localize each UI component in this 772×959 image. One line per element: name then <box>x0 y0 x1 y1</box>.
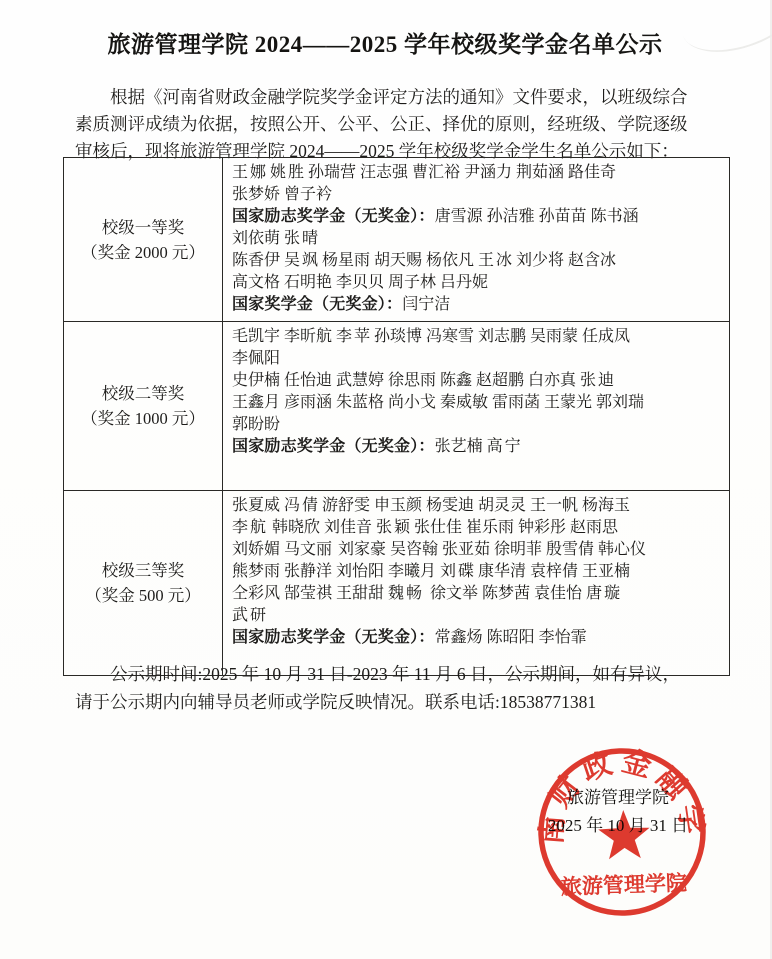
student-names: 王 娜 姚 胜 孙瑞营 汪志强 曹汇裕 尹涵力 荆茹涵 路佳奇 <box>232 164 616 181</box>
student-names: 李佩阳 <box>232 350 280 367</box>
award-prize: （奖金 2000 元） <box>64 240 222 265</box>
seal-star-icon <box>598 809 651 860</box>
award-level-cell: 校级二等奖（奖金 1000 元） <box>64 322 223 491</box>
award-level: 校级三等奖 <box>64 558 222 583</box>
name-list-line: 史伊楠 任怡迪 武慧婷 徐思雨 陈鑫 赵超鹏 白亦真 张 迪 <box>232 370 725 392</box>
student-names: 熊梦雨 张静洋 刘怡阳 李曦月 刘 碟 康华清 袁梓倩 王亚楠 <box>232 563 630 580</box>
student-names: 陈香伊 吴 飒 杨星雨 胡天赐 杨依凡 王 冰 刘少将 赵含冰 <box>232 252 616 269</box>
scholarship-type-label: 国家励志奖学金（无奖金）： <box>232 208 435 225</box>
official-seal: 河南财政金融学院 旅游管理学院 <box>524 734 721 931</box>
student-names: 常鑫炀 陈昭阳 李怡霏 <box>435 629 587 646</box>
notice-line: 公示期时间:2025 年 10 月 31 日-2023 年 11 月 6 日，公… <box>75 660 727 688</box>
award-names-cell: 毛凯宇 李昕航 李 苹 孙琰博 冯寒雪 刘志鹏 吴雨蒙 任成凤李佩阳史伊楠 任怡… <box>223 322 730 491</box>
student-names: 高文格 石明艳 李贝贝 周子林 吕丹妮 <box>232 274 488 291</box>
seal-inner-text: 旅游管理学院 <box>560 871 687 899</box>
name-list-line: 仝彩风 郜莹祺 王甜甜 魏 畅 徐文举 陈梦茜 袁佳怡 唐 璇 <box>232 583 725 605</box>
student-names: 武 研 <box>232 607 266 624</box>
award-row: 校级三等奖（奖金 500 元）张夏威 冯 倩 游舒雯 申玉颜 杨雯迪 胡灵灵 王… <box>64 491 730 676</box>
student-names: 闫宁洁 <box>402 296 450 313</box>
name-list-line: 毛凯宇 李昕航 李 苹 孙琰博 冯寒雪 刘志鹏 吴雨蒙 任成凤 <box>232 326 725 348</box>
name-list-line: 国家励志奖学金（无奖金）：张艺楠 高 宁 <box>232 436 725 458</box>
student-names: 张夏威 冯 倩 游舒雯 申玉颜 杨雯迪 胡灵灵 王一帆 杨海玉 <box>232 497 630 514</box>
student-names: 刘娇媚 马文丽 刘家豪 吴咨翰 张亚茹 徐明菲 殷雪倩 韩心仪 <box>232 541 646 558</box>
student-names: 王鑫月 彦雨涵 朱蓝格 尚小戈 秦威敏 雷雨菡 王蒙光 郭刘瑞 <box>232 394 644 411</box>
name-list-line: 高文格 石明艳 李贝贝 周子林 吕丹妮 <box>232 272 725 294</box>
scholarship-type-label: 国家励志奖学金（无奖金）： <box>232 438 435 455</box>
name-list-line: 张夏威 冯 倩 游舒雯 申玉颜 杨雯迪 胡灵灵 王一帆 杨海玉 <box>232 495 725 517</box>
intro-paragraph: 根据《河南省财政金融学院奖学金评定方法的通知》文件要求，以班级综合 素质测评成绩… <box>75 84 727 165</box>
name-list-line: 国家奖学金（无奖金）：闫宁洁 <box>232 294 725 316</box>
award-level-cell: 校级一等奖（奖金 2000 元） <box>64 158 223 322</box>
name-list-line: 刘娇媚 马文丽 刘家豪 吴咨翰 张亚茹 徐明菲 殷雪倩 韩心仪 <box>232 539 725 561</box>
name-list-line: 武 研 <box>232 605 725 627</box>
name-list-line: 国家励志奖学金（无奖金）：唐雪源 孙洁雅 孙苗苗 陈书涵 <box>232 206 725 228</box>
name-list-line: 国家励志奖学金（无奖金）：常鑫炀 陈昭阳 李怡霏 <box>232 627 725 649</box>
intro-line: 根据《河南省财政金融学院奖学金评定方法的通知》文件要求，以班级综合 <box>75 84 727 111</box>
student-names: 毛凯宇 李昕航 李 苹 孙琰博 冯寒雪 刘志鹏 吴雨蒙 任成凤 <box>232 328 630 345</box>
name-list-line: 陈香伊 吴 飒 杨星雨 胡天赐 杨依凡 王 冰 刘少将 赵含冰 <box>232 250 725 272</box>
student-names: 仝彩风 郜莹祺 王甜甜 魏 畅 徐文举 陈梦茜 袁佳怡 唐 璇 <box>232 585 620 602</box>
scholarship-type-label: 国家奖学金（无奖金）： <box>232 296 402 313</box>
name-list-line: 李佩阳 <box>232 348 725 370</box>
scholarship-type-label: 国家励志奖学金（无奖金）： <box>232 629 435 646</box>
award-row: 校级一等奖（奖金 2000 元）王 娜 姚 胜 孙瑞营 汪志强 曹汇裕 尹涵力 … <box>64 158 730 322</box>
award-row: 校级二等奖（奖金 1000 元）毛凯宇 李昕航 李 苹 孙琰博 冯寒雪 刘志鹏 … <box>64 322 730 491</box>
award-prize: （奖金 500 元） <box>64 583 222 608</box>
name-list-line: 郭盼盼 <box>232 414 725 436</box>
name-list-line: 熊梦雨 张静洋 刘怡阳 李曦月 刘 碟 康华清 袁梓倩 王亚楠 <box>232 561 725 583</box>
document-page: 旅游管理学院 2024——2025 学年校级奖学金名单公示 根据《河南省财政金融… <box>0 0 772 959</box>
student-names: 李 航 韩晓欣 刘佳音 张 颖 张仕佳 崔乐雨 钟彩彤 赵雨思 <box>232 519 618 536</box>
award-level: 校级二等奖 <box>64 381 222 406</box>
award-prize: （奖金 1000 元） <box>64 406 222 431</box>
award-level: 校级一等奖 <box>64 215 222 240</box>
award-level-cell: 校级三等奖（奖金 500 元） <box>64 491 223 676</box>
notice-paragraph: 公示期时间:2025 年 10 月 31 日-2023 年 11 月 6 日，公… <box>75 660 727 716</box>
name-list-line: 张梦娇 曾子衿 <box>232 184 725 206</box>
student-names: 张梦娇 曾子衿 <box>232 186 332 203</box>
award-names-cell: 张夏威 冯 倩 游舒雯 申玉颜 杨雯迪 胡灵灵 王一帆 杨海玉李 航 韩晓欣 刘… <box>223 491 730 676</box>
award-names-cell: 王 娜 姚 胜 孙瑞营 汪志强 曹汇裕 尹涵力 荆茹涵 路佳奇张梦娇 曾子衿国家… <box>223 158 730 322</box>
name-list-line: 李 航 韩晓欣 刘佳音 张 颖 张仕佳 崔乐雨 钟彩彤 赵雨思 <box>232 517 725 539</box>
student-names: 史伊楠 任怡迪 武慧婷 徐思雨 陈鑫 赵超鹏 白亦真 张 迪 <box>232 372 614 389</box>
student-names: 郭盼盼 <box>232 416 280 433</box>
name-list-line: 刘依萌 张 晴 <box>232 228 725 250</box>
name-list-line: 王 娜 姚 胜 孙瑞营 汪志强 曹汇裕 尹涵力 荆茹涵 路佳奇 <box>232 162 725 184</box>
page-title: 旅游管理学院 2024——2025 学年校级奖学金名单公示 <box>0 26 770 59</box>
intro-line: 素质测评成绩为依据，按照公开、公平、公正、择优的原则，经班级、学院逐级 <box>75 111 727 138</box>
name-list-line: 王鑫月 彦雨涵 朱蓝格 尚小戈 秦威敏 雷雨菡 王蒙光 郭刘瑞 <box>232 392 725 414</box>
notice-line: 请于公示期内向辅导员老师或学院反映情况。联系电话:18538771381 <box>75 688 727 716</box>
student-names: 刘依萌 张 晴 <box>232 230 318 247</box>
student-names: 唐雪源 孙洁雅 孙苗苗 陈书涵 <box>435 208 639 225</box>
award-table: 校级一等奖（奖金 2000 元）王 娜 姚 胜 孙瑞营 汪志强 曹汇裕 尹涵力 … <box>63 157 730 676</box>
student-names: 张艺楠 高 宁 <box>435 438 521 455</box>
